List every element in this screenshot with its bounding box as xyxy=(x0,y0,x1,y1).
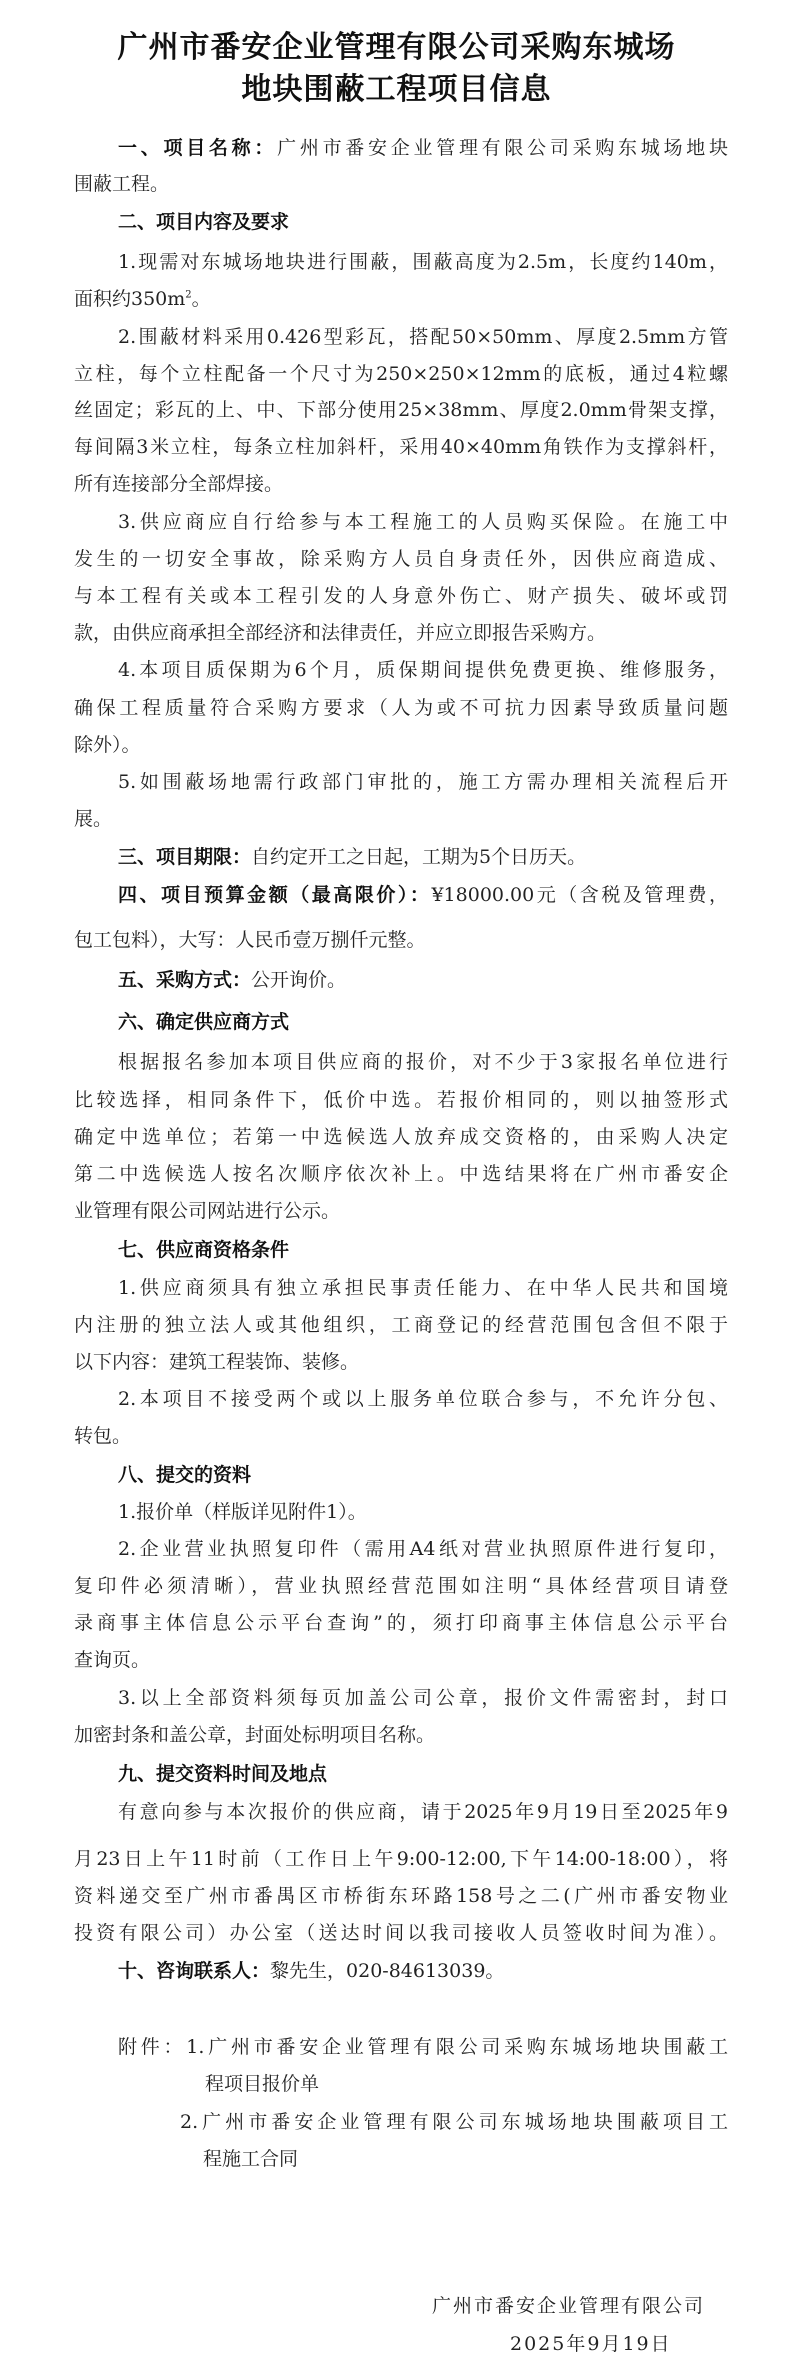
paragraph-line: 与本工程有关或本工程引发的人身意外伤亡、财产损失、破坏或罚 xyxy=(74,584,728,608)
attachment-item-1: 附件：1.广州市番安企业管理有限公司采购东城场地块围蔽工 xyxy=(118,2035,728,2059)
paragraph-line: 包工包料），大写：人民币壹万捌仟元整。 xyxy=(74,928,728,952)
paragraph-line: 4.本项目质保期为6个月，质保期间提供免费更换、维修服务， xyxy=(118,658,728,682)
document-title-line-1: 广州市番安企业管理有限公司采购东城场 xyxy=(0,22,793,66)
paragraph-line: 月23日上午11时前（工作日上午9:00-12:00,下午14:00-18:00… xyxy=(74,1847,728,1871)
text-span: 。 xyxy=(192,288,211,310)
section-project-period: 三、项目期限：自约定开工之日起，工期为5个日历天。 xyxy=(118,845,728,869)
section-heading: 十、咨询联系人： xyxy=(118,1960,270,1982)
section-budget: 四、项目预算金额（最高限价）：¥18000.00元（含税及管理费， xyxy=(118,883,728,907)
paragraph-line: 所有连接部分全部焊接。 xyxy=(74,472,728,496)
paragraph-line: 有意向参与本次报价的供应商，请于2025年9月19日至2025年9 xyxy=(118,1800,728,1824)
attachment-item-1-cont: 程项目报价单 xyxy=(205,2072,728,2096)
section-heading: 三、项目期限： xyxy=(118,846,251,868)
contact-info: 黎先生，020-84613039。 xyxy=(270,1960,504,1982)
paragraph-line: 立柱，每个立柱配备一个尺寸为250×250×12mm的底板，通过4粒螺 xyxy=(74,362,728,386)
signature-date: 2025年9月19日 xyxy=(510,2332,672,2356)
paragraph-line: 以下内容：建筑工程装饰、装修。 xyxy=(74,1350,728,1374)
attachment-item-2: 2.广州市番安企业管理有限公司东城场地块围蔽项目工 xyxy=(180,2110,728,2134)
paragraph-line: 加密封条和盖公章，封面处标明项目名称。 xyxy=(74,1723,728,1747)
section-contact: 十、咨询联系人：黎先生，020-84613039。 xyxy=(118,1959,728,1983)
paragraph-line: 3.供应商应自行给参与本工程施工的人员购买保险。在施工中 xyxy=(118,510,728,534)
section-heading-supplier-selection: 六、确定供应商方式 xyxy=(118,1010,728,1034)
paragraph-line: 录商事主体信息公示平台查询”的，须打印商事主体信息公示平台 xyxy=(74,1611,728,1635)
section-heading-submission-materials: 八、提交的资料 xyxy=(118,1463,728,1487)
budget-amount: ¥18000.00元（含税及管理费， xyxy=(431,884,728,906)
signature-company: 广州市番安企业管理有限公司 xyxy=(432,2294,705,2318)
paragraph-line: 3.以上全部资料须每页加盖公司公章，报价文件需密封，封口 xyxy=(118,1686,728,1710)
paragraph-line: 除外）。 xyxy=(74,733,728,757)
paragraph-line: 1.报价单（样版详见附件1）。 xyxy=(118,1500,728,1524)
paragraph-line: 丝固定；彩瓦的上、中、下部分使用25×38mm、厚度2.0mm骨架支撑， xyxy=(74,398,728,422)
paragraph-line: 内注册的独立法人或其他组织，工商登记的经营范围包含但不限于 xyxy=(74,1313,728,1337)
paragraph-line: 确保工程质量符合采购方要求（人为或不可抗力因素导致质量问题 xyxy=(74,696,728,720)
attachments-label: 附件： xyxy=(118,2036,186,2058)
section-heading-qualifications: 七、供应商资格条件 xyxy=(118,1238,728,1262)
paragraph-line: 确定中选单位；若第一中选候选人放弃成交资格的，由采购人决定 xyxy=(74,1125,728,1149)
paragraph-line: 第二中选候选人按名次顺序依次补上。中选结果将在广州市番安企 xyxy=(74,1162,728,1186)
section-heading: 五、采购方式： xyxy=(118,969,251,991)
paragraph-line: 1.供应商须具有独立承担民事责任能力、在中华人民共和国境 xyxy=(118,1276,728,1300)
section-text: 公开询价。 xyxy=(251,969,346,991)
paragraph-line: 复印件必须清晰），营业执照经营范围如注明“具体经营项目请登 xyxy=(74,1574,728,1598)
paragraph-line: 转包。 xyxy=(74,1424,728,1448)
section-heading-submission-time-place: 九、提交资料时间及地点 xyxy=(118,1762,728,1786)
paragraph-line: 2.企业营业执照复印件（需用A4纸对营业执照原件进行复印， xyxy=(118,1537,728,1561)
section-text: 围蔽工程。 xyxy=(74,172,728,196)
paragraph-line: 投资有限公司）办公室（送达时间以我司接收人员签收时间为准）。 xyxy=(74,1921,728,1945)
paragraph-line: 2.围蔽材料采用0.426型彩瓦，搭配50×50mm、厚度2.5mm方管 xyxy=(118,325,728,349)
paragraph-line: 每间隔3米立柱，每条立柱加斜杆，采用40×40mm角铁作为支撑斜杆， xyxy=(74,435,728,459)
section-text: 广州市番安企业管理有限公司采购东城场地块 xyxy=(277,137,728,159)
section-project-name: 一、项目名称：广州市番安企业管理有限公司采购东城场地块 xyxy=(118,136,728,160)
section-text: 自约定开工之日起，工期为5个日历天。 xyxy=(251,846,586,868)
paragraph-line: 5.如围蔽场地需行政部门审批的，施工方需办理相关流程后开 xyxy=(118,770,728,794)
paragraph-line: 业管理有限公司网站进行公示。 xyxy=(74,1199,728,1223)
paragraph-line: 发生的一切安全事故，除采购方人员自身责任外，因供应商造成、 xyxy=(74,547,728,571)
section-heading: 一、项目名称： xyxy=(118,137,277,159)
paragraph-line: 1.现需对东城场地块进行围蔽，围蔽高度为2.5m，长度约140m， xyxy=(118,250,728,274)
section-heading: 四、项目预算金额（最高限价）： xyxy=(118,884,431,906)
paragraph-line: 资料递交至广州市番禺区市桥街东环路158号之二(广州市番安物业 xyxy=(74,1884,728,1908)
paragraph-line: 根据报名参加本项目供应商的报价，对不少于3家报名单位进行 xyxy=(118,1050,728,1074)
paragraph-line: 展。 xyxy=(74,807,728,831)
attachment-item-2-cont: 程施工合同 xyxy=(203,2147,728,2171)
section-heading-content: 二、项目内容及要求 xyxy=(118,210,728,234)
attachment-text: 1.广州市番安企业管理有限公司采购东城场地块围蔽工 xyxy=(186,2036,728,2058)
section-procurement-method: 五、采购方式：公开询价。 xyxy=(118,968,728,992)
document-title-line-2: 地块围蔽工程项目信息 xyxy=(0,64,793,108)
paragraph-line: 款，由供应商承担全部经济和法律责任，并应立即报告采购方。 xyxy=(74,621,728,645)
paragraph-line: 比较选择，相同条件下，低价中选。若报价相同的，则以抽签形式 xyxy=(74,1088,728,1112)
paragraph-line: 面积约350m2。 xyxy=(74,287,728,311)
text-span: 面积约350m xyxy=(74,288,185,310)
paragraph-line: 查询页。 xyxy=(74,1648,728,1672)
paragraph-line: 2.本项目不接受两个或以上服务单位联合参与，不允许分包、 xyxy=(118,1387,728,1411)
